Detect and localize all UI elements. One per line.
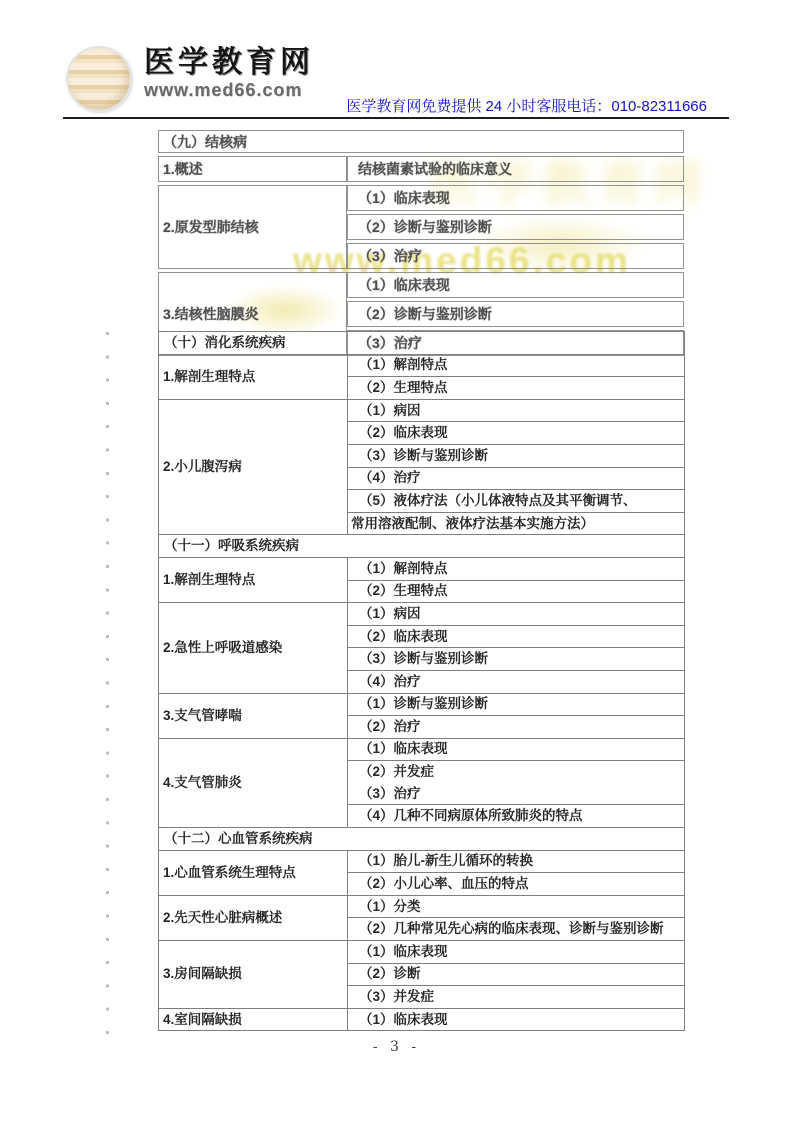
logo-text-block: 医学教育网 www.med66.com: [144, 46, 314, 100]
detail-cell: （1）临床表现: [348, 738, 685, 761]
detail-cell: （1）临床表现: [347, 185, 684, 211]
topic-cell: 2.急性上呼吸道感染: [159, 603, 348, 693]
topic-cell: 3.支气管哮喘: [159, 693, 348, 738]
table-row: 1.解剖生理特点 （1）解剖特点: [159, 354, 685, 377]
detail-cell: （5）液体疗法（小儿体液特点及其平衡调节、: [348, 490, 685, 513]
detail-cell: （3）治疗: [347, 243, 684, 269]
logo-title: 医学教育网: [144, 46, 314, 80]
section-header-row: （十一）呼吸系统疾病: [159, 535, 685, 558]
topic-cell: 1.解剖生理特点: [159, 557, 348, 602]
syllabus-table-tuberculosis: （九）结核病 1.概述 结核菌素试验的临床意义 2.原发型肺结核 （1）临床表现…: [158, 127, 684, 359]
section-header-cell: （九）结核病: [158, 130, 684, 153]
detail-cell: （4）治疗: [348, 670, 685, 693]
table-row: 1.概述 结核菌素试验的临床意义: [158, 156, 684, 182]
detail-cell: （1）诊断与鉴别诊断: [348, 693, 685, 716]
detail-cell: （4）治疗: [348, 467, 685, 490]
section-header-cell: （十一）呼吸系统疾病: [159, 535, 685, 558]
detail-cell: （2）诊断与鉴别诊断: [347, 301, 684, 327]
detail-cell: （3）诊断与鉴别诊断: [348, 648, 685, 671]
topic-cell: 4.支气管肺炎: [159, 738, 348, 827]
detail-cell: （1）病因: [348, 399, 685, 422]
section-header-row: （九）结核病: [158, 130, 684, 153]
detail-cell: （1）解剖特点: [348, 557, 685, 580]
detail-cell: （1）病因: [348, 603, 685, 626]
detail-cell: （1）胎儿-新生儿循环的转换: [348, 850, 685, 873]
page-number: - 3 -: [0, 1039, 793, 1055]
table-row: 2.原发型肺结核 （1）临床表现: [158, 185, 684, 211]
detail-cell: （2）生理特点: [348, 580, 685, 603]
detail-cell: （4）几种不同病原体所致肺炎的特点: [348, 805, 685, 828]
header-divider: [63, 117, 729, 119]
table-row: 2.小儿腹泻病 （1）病因: [159, 399, 685, 422]
table-row: 3.支气管哮喘 （1）诊断与鉴别诊断: [159, 693, 685, 716]
topic-cell: 1.心血管系统生理特点: [159, 850, 348, 895]
topic-cell: 3.房间隔缺损: [159, 941, 348, 1009]
detail-cell: （2）小儿心率、血压的特点: [348, 873, 685, 896]
topic-cell: 2.先天性心脏病概述: [159, 895, 348, 940]
section-header-row: （十二）心血管系统疾病: [159, 828, 685, 851]
table-row: 4.支气管肺炎 （1）临床表现: [159, 738, 685, 761]
section-header-cell: （十）消化系统疾病: [159, 332, 685, 355]
left-margin-marks: [106, 332, 109, 1034]
topic-cell: 1.解剖生理特点: [159, 354, 348, 399]
med66-logo-icon: [66, 46, 132, 112]
detail-cell: （2）并发症: [348, 761, 685, 783]
detail-cell: （2）生理特点: [348, 377, 685, 400]
table-row: 3.房间隔缺损 （1）临床表现: [159, 941, 685, 964]
logo-url: www.med66.com: [144, 80, 314, 100]
section-header-cell: （十二）心血管系统疾病: [159, 828, 685, 851]
table-row: 2.急性上呼吸道感染 （1）病因: [159, 603, 685, 626]
detail-cell: 结核菌素试验的临床意义: [347, 156, 684, 182]
detail-cell: （1）临床表现: [348, 1008, 685, 1031]
contact-hotline-text: 医学教育网免费提供 24 小时客服电话：010-82311666: [346, 95, 707, 116]
med66-logo: 医学教育网 www.med66.com: [66, 46, 314, 112]
detail-cell: （1）临床表现: [347, 272, 684, 298]
detail-cell: （2）诊断与鉴别诊断: [347, 214, 684, 240]
detail-cell: （3）并发症: [348, 986, 685, 1009]
detail-cell: （1）解剖特点: [348, 354, 685, 377]
table-row: 4.室间隔缺损 （1）临床表现: [159, 1008, 685, 1031]
table-row: 1.心血管系统生理特点 （1）胎儿-新生儿循环的转换: [159, 850, 685, 873]
detail-cell: （2）临床表现: [348, 625, 685, 648]
table-row: 2.先天性心脏病概述 （1）分类: [159, 895, 685, 918]
topic-cell: 4.室间隔缺损: [159, 1008, 348, 1031]
document-page: 医学教育网 www.med66.com 医学教育网免费提供 24 小时客服电话：…: [0, 0, 793, 1122]
detail-cell: 常用溶液配制、液体疗法基本实施方法）: [348, 512, 685, 535]
section-header-row: （十）消化系统疾病: [159, 332, 685, 355]
detail-cell: （1）分类: [348, 895, 685, 918]
detail-cell: （1）临床表现: [348, 941, 685, 964]
topic-cell: 2.原发型肺结核: [158, 185, 347, 269]
topic-cell: 2.小儿腹泻病: [159, 399, 348, 535]
syllabus-table-main: （十）消化系统疾病 1.解剖生理特点 （1）解剖特点 （2）生理特点 2.小儿腹…: [158, 331, 685, 1031]
topic-cell: 1.概述: [158, 156, 347, 182]
detail-cell: （2）临床表现: [348, 422, 685, 445]
detail-cell: （3）治疗: [348, 783, 685, 805]
table-row: 3.结核性脑膜炎 （1）临床表现: [158, 272, 684, 298]
detail-cell: （3）诊断与鉴别诊断: [348, 444, 685, 467]
detail-cell: （2）诊断: [348, 963, 685, 986]
table-row: 1.解剖生理特点 （1）解剖特点: [159, 557, 685, 580]
detail-cell: （2）治疗: [348, 716, 685, 739]
detail-cell: （2）几种常见先心病的临床表现、诊断与鉴别诊断: [348, 918, 685, 941]
